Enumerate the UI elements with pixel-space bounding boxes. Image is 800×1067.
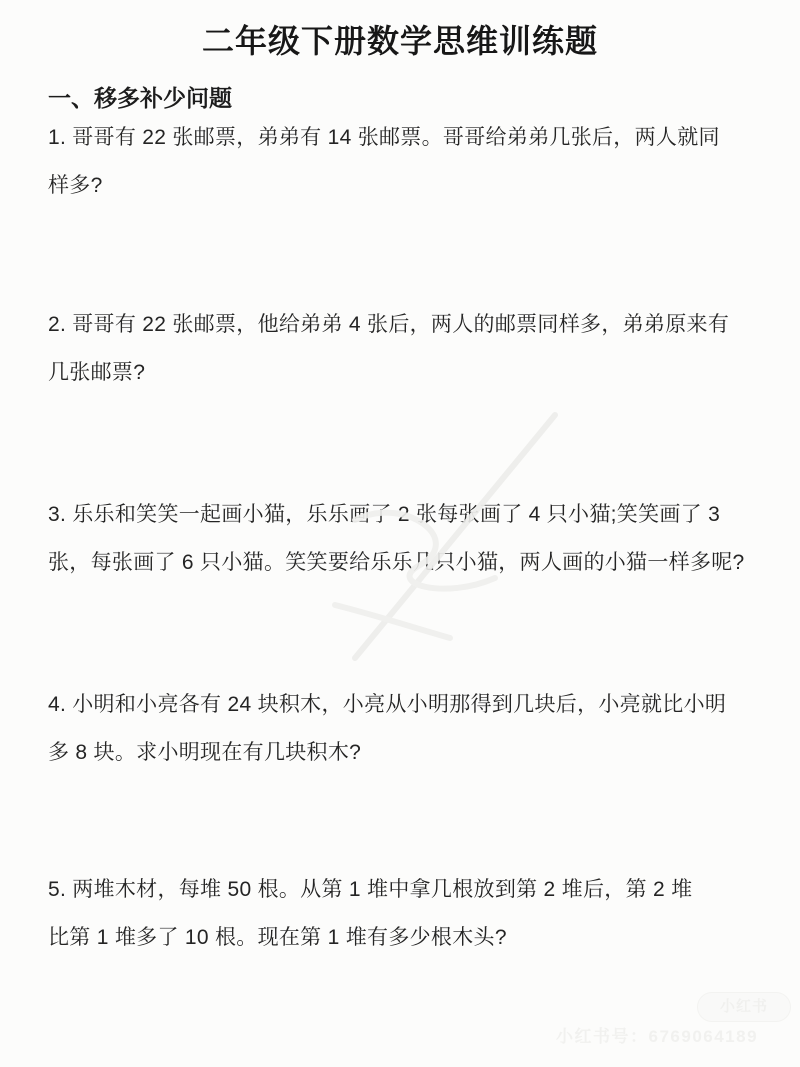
question-5-line-2: 比第 1 堆多了 10 根。现在第 1 堆有多少根木头?: [48, 914, 764, 962]
question-5: 5. 两堆木材，每堆 50 根。从第 1 堆中拿几根放到第 2 堆后，第 2 堆…: [48, 866, 764, 962]
question-4-line-1: 4. 小明和小亮各有 24 块积木，小亮从小明那得到几块后，小亮就比小明: [48, 681, 764, 729]
question-1: 1. 哥哥有 22 张邮票，弟弟有 14 张邮票。哥哥给弟弟几张后，两人就同 样…: [48, 114, 764, 210]
xiaohongshu-badge: 小红书: [697, 992, 791, 1022]
question-1-line-2: 样多?: [48, 162, 764, 210]
question-4-line-2: 多 8 块。求小明现在有几块积木?: [48, 729, 764, 777]
question-2-line-1: 2. 哥哥有 22 张邮票，他给弟弟 4 张后，两人的邮票同样多，弟弟原来有: [48, 301, 764, 349]
worksheet-page: 二年级下册数学思维训练题 一、移多补少问题 1. 哥哥有 22 张邮票，弟弟有 …: [0, 0, 800, 1067]
xiaohongshu-account-id: 小红书号：6769064189: [556, 1022, 796, 1047]
question-3: 3. 乐乐和笑笑一起画小猫，乐乐画了 2 张每张画了 4 只小猫;笑笑画了 3 …: [48, 491, 764, 587]
xiaohongshu-badge-label: 小红书: [720, 998, 768, 1015]
question-4: 4. 小明和小亮各有 24 块积木，小亮从小明那得到几块后，小亮就比小明 多 8…: [48, 681, 764, 777]
question-1-line-1: 1. 哥哥有 22 张邮票，弟弟有 14 张邮票。哥哥给弟弟几张后，两人就同: [48, 114, 764, 162]
question-2-line-2: 几张邮票?: [48, 349, 764, 397]
question-3-line-1: 3. 乐乐和笑笑一起画小猫，乐乐画了 2 张每张画了 4 只小猫;笑笑画了 3: [48, 491, 764, 539]
question-3-line-2: 张，每张画了 6 只小猫。笑笑要给乐乐几只小猫，两人画的小猫一样多呢?: [48, 539, 764, 587]
question-5-line-1: 5. 两堆木材，每堆 50 根。从第 1 堆中拿几根放到第 2 堆后，第 2 堆: [48, 866, 764, 914]
question-2: 2. 哥哥有 22 张邮票，他给弟弟 4 张后，两人的邮票同样多，弟弟原来有 几…: [48, 301, 764, 397]
page-title: 二年级下册数学思维训练题: [0, 20, 800, 62]
section-heading: 一、移多补少问题: [48, 84, 232, 112]
